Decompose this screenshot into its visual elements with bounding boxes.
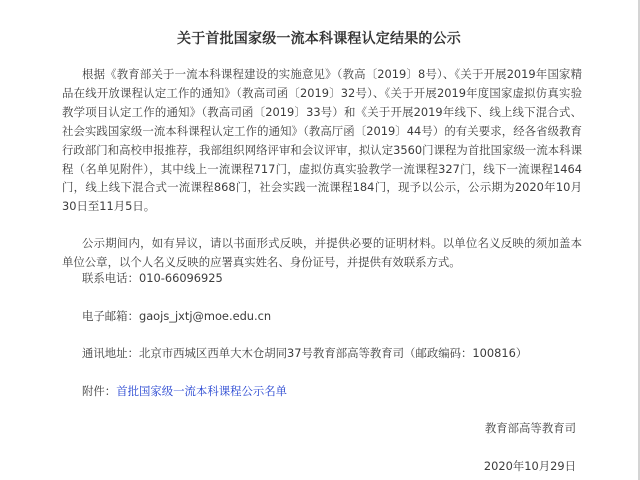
contact-phone: 联系电话：010-66096925: [82, 270, 223, 286]
document-body: 根据《教育部关于一流本科课程建设的实施意见》（教高〔2019〕8号）、《关于开展…: [62, 65, 582, 272]
paragraph-objection: 公示期间内，如有异议，请以书面形式反映，并提供必要的证明材料。以单位名义反映的须…: [62, 234, 582, 272]
attachment-link[interactable]: 首批国家级一流本科课程公示名单: [116, 384, 287, 398]
attachment: 附件：首批国家级一流本科课程公示名单: [82, 383, 287, 399]
signature-date: 2020年10月29日: [484, 458, 576, 474]
phone-value: 010-66096925: [139, 271, 223, 285]
document-page: 关于首批国家级一流本科课程认定结果的公示 根据《教育部关于一流本科课程建设的实施…: [0, 0, 640, 480]
contact-address: 通讯地址：北京市西城区西单大木仓胡同37号教育部高等教育司（邮政编码：10081…: [82, 345, 527, 361]
paragraph-basis: 根据《教育部关于一流本科课程建设的实施意见》（教高〔2019〕8号）、《关于开展…: [62, 65, 582, 216]
email-label: 电子邮箱：: [82, 309, 139, 323]
contact-email: 电子邮箱：gaojs_jxtj@moe.edu.cn: [82, 308, 271, 324]
signature-org: 教育部高等教育司: [485, 420, 576, 436]
page-title: 关于首批国家级一流本科课程认定结果的公示: [0, 28, 638, 48]
email-value: gaojs_jxtj@moe.edu.cn: [139, 309, 271, 323]
attachment-label: 附件：: [82, 384, 116, 398]
address-label: 通讯地址：: [82, 346, 139, 360]
address-value: 北京市西城区西单大木仓胡同37号教育部高等教育司（邮政编码：100816）: [139, 346, 527, 360]
phone-label: 联系电话：: [82, 271, 139, 285]
